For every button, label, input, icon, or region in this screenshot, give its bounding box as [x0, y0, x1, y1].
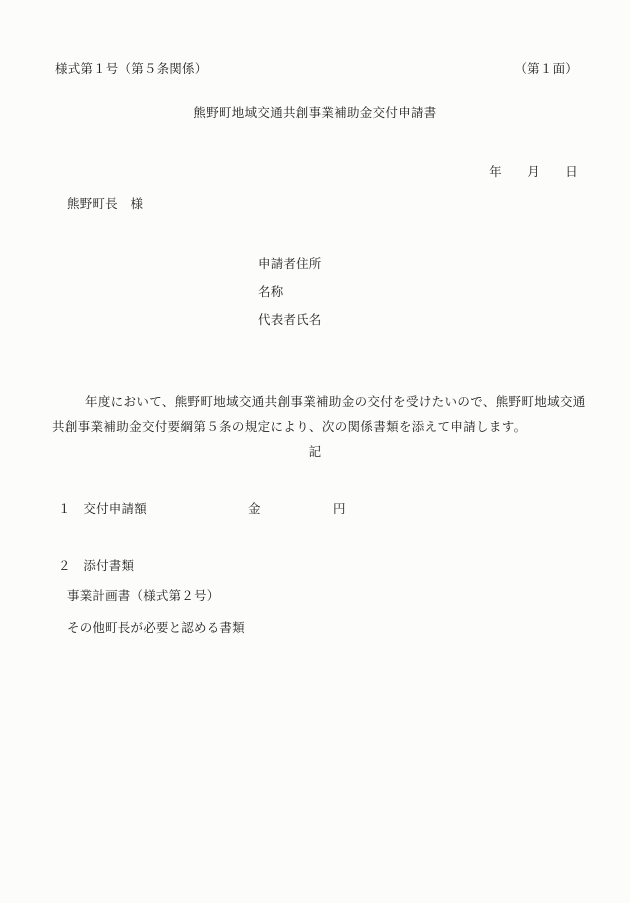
- amount-suffix: 円: [333, 502, 346, 516]
- applicant-name-label: 名称: [258, 285, 283, 299]
- body-paragraph-line1: 年度において、熊野町地域交通共創事業補助金の交付を受けたいので、熊野町地域交通: [85, 395, 586, 409]
- document-title: 熊野町地域交通共創事業補助金交付申請書: [0, 106, 630, 120]
- date-line: 年 月 日: [489, 165, 578, 179]
- note-mark: 記: [0, 445, 630, 459]
- application-form-page: 様式第１号（第５条関係） （第１面） 熊野町地域交通共創事業補助金交付申請書 年…: [0, 0, 630, 903]
- item1-label: １ 交付申請額: [58, 502, 147, 516]
- attachment-other-documents: その他町長が必要と認める書類: [67, 621, 245, 635]
- item2-label: ２ 添付書類: [58, 559, 134, 573]
- applicant-representative-label: 代表者氏名: [258, 313, 322, 327]
- applicant-address-label: 申請者住所: [258, 257, 322, 271]
- item-application-amount-row: １ 交付申請額 金 円: [0, 502, 630, 518]
- form-number: 様式第１号（第５条関係）: [55, 62, 207, 76]
- attachment-business-plan: 事業計画書（様式第２号）: [67, 589, 219, 603]
- amount-prefix: 金: [248, 502, 261, 516]
- page-indicator: （第１面）: [514, 62, 578, 76]
- addressee: 熊野町長 様: [67, 197, 143, 211]
- body-paragraph-line2: 共創事業補助金交付要綱第５条の規定により、次の関係書類を添えて申請します。: [52, 420, 526, 434]
